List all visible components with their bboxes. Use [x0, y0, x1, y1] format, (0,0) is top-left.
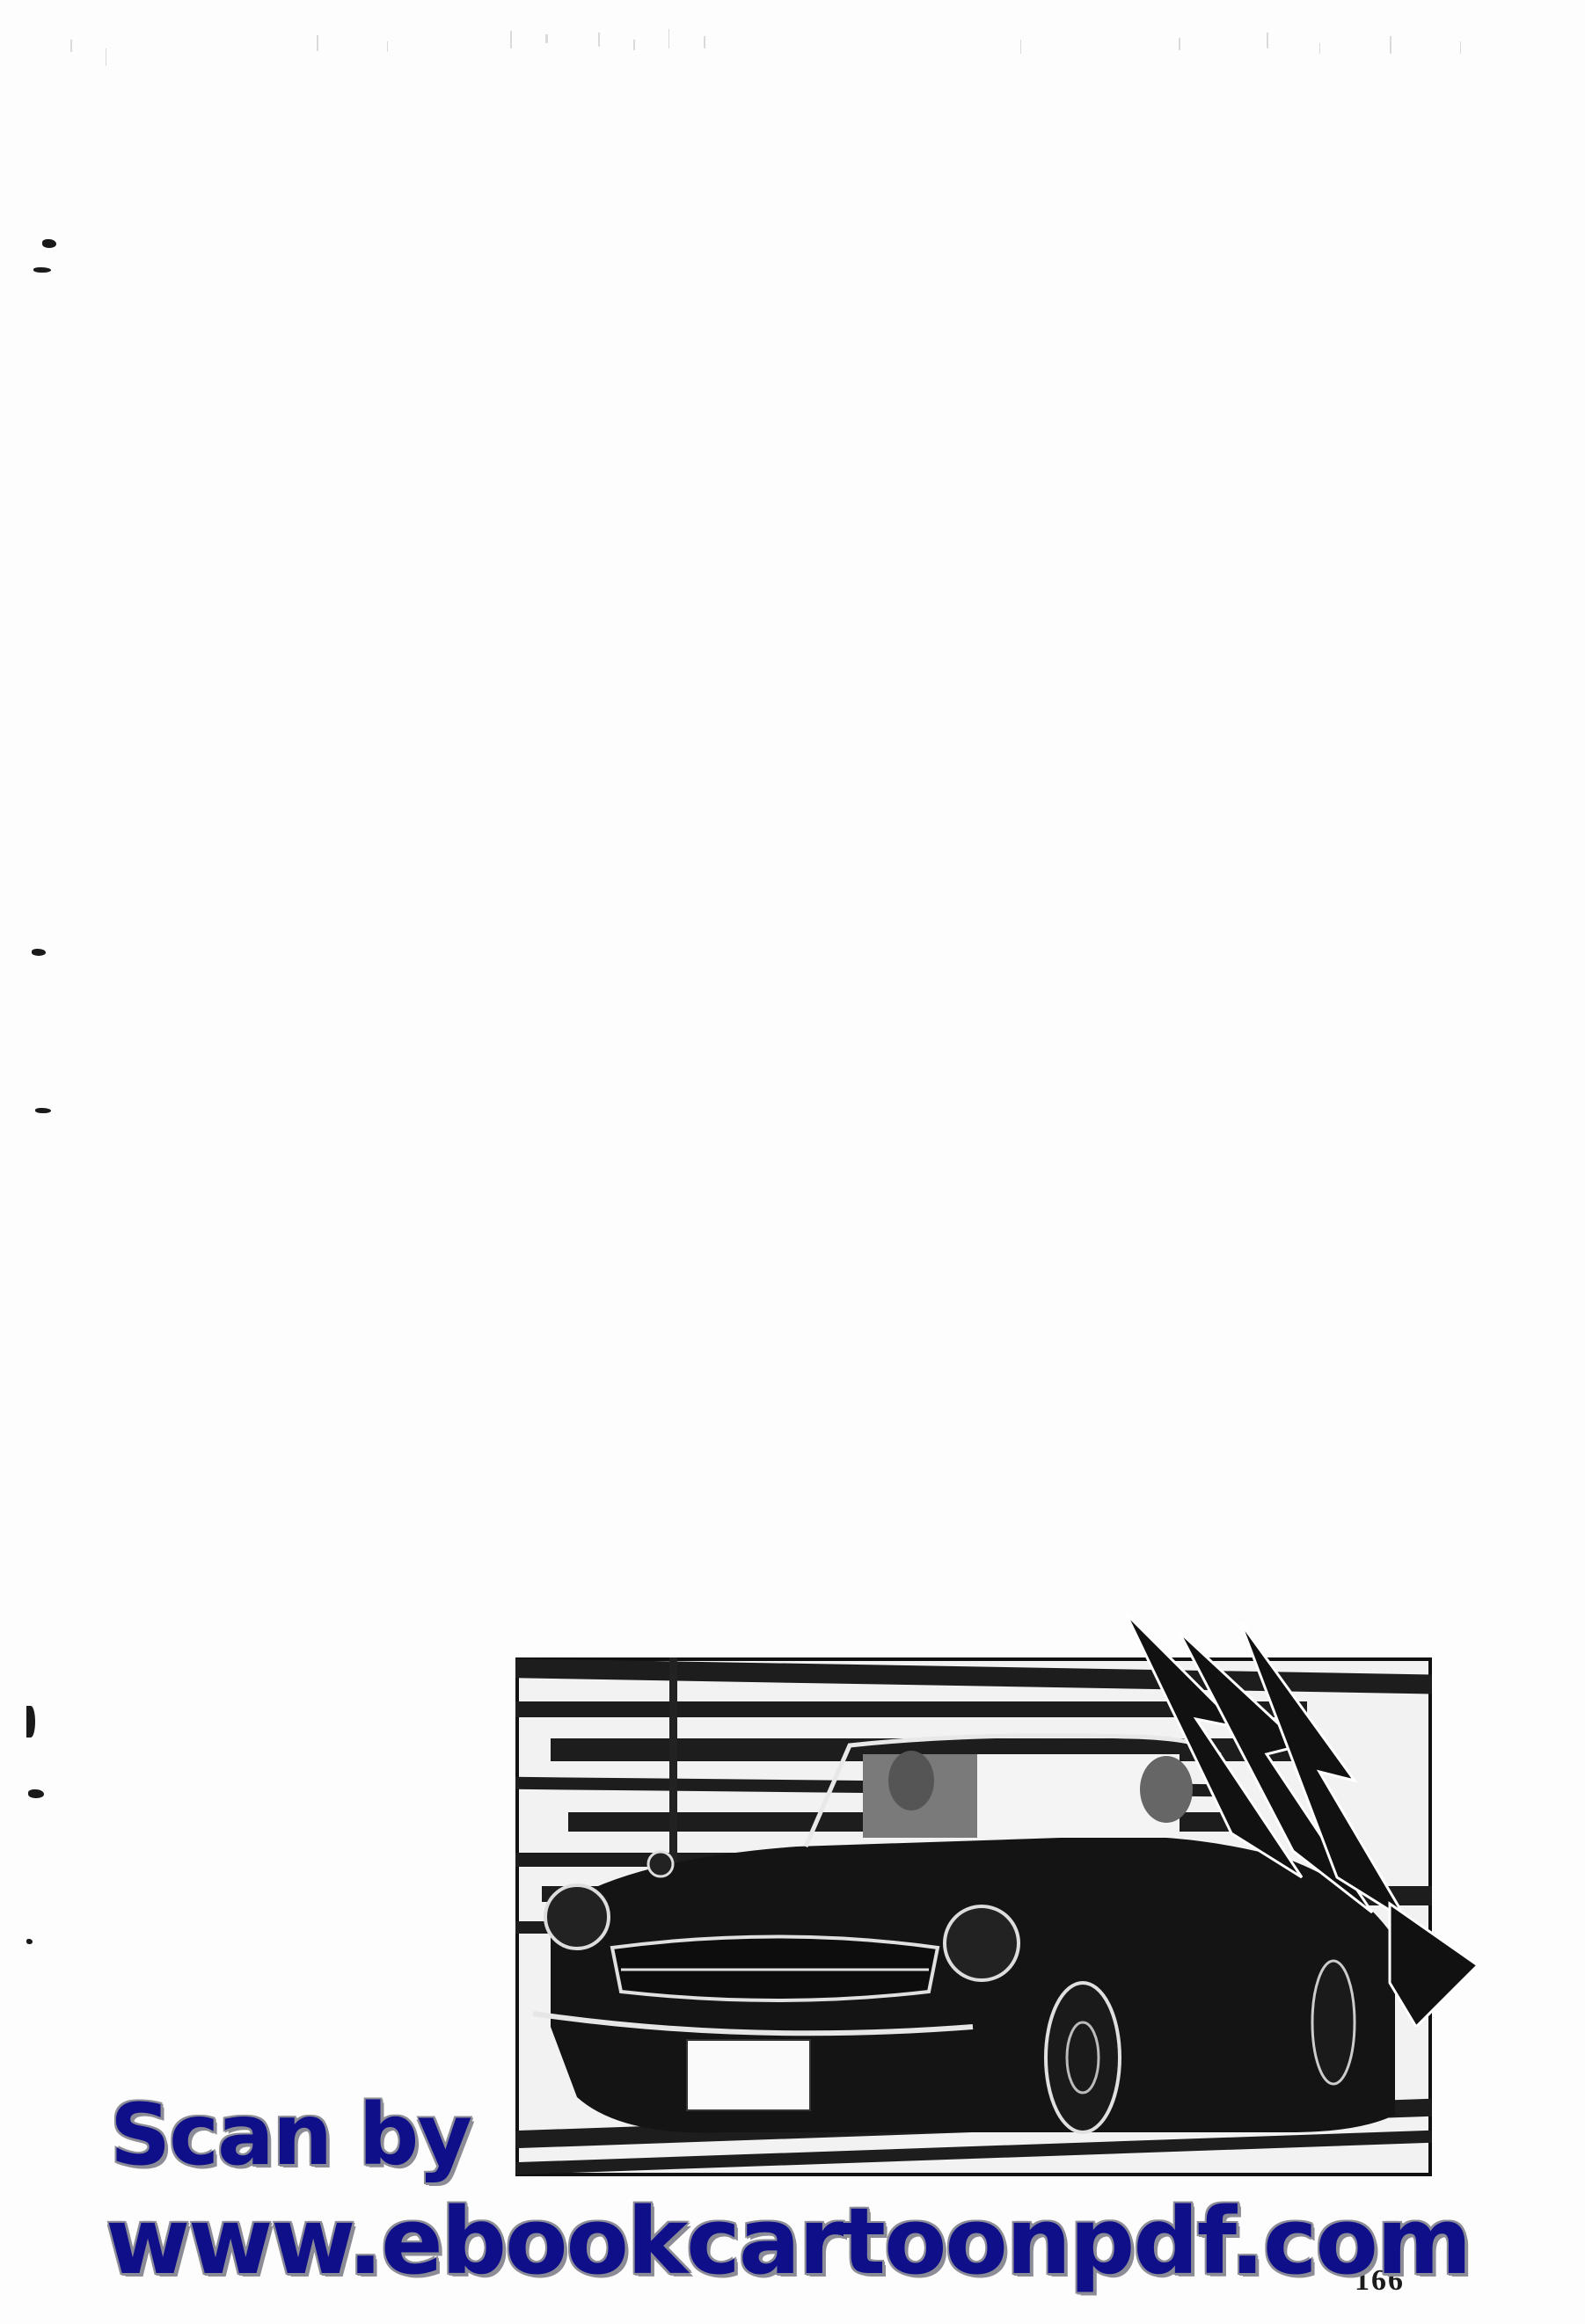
watermark-url: www.ebookcartoonpdf.com: [106, 2188, 1470, 2295]
scanned-page: 166 Scan by www.ebookcartoonpdf.com: [0, 0, 1585, 2324]
scan-bleed-through: [53, 22, 1548, 163]
speed-burst: [1126, 1614, 1495, 2027]
binding-mark: [26, 1939, 33, 1944]
watermark-scan-by: Scan by: [110, 2086, 471, 2184]
binding-mark: [26, 1706, 35, 1738]
binding-mark: [35, 1108, 51, 1113]
binding-mark: [28, 1789, 44, 1798]
binding-mark: [33, 267, 51, 273]
binding-mark: [32, 949, 46, 956]
binding-mark: [42, 239, 56, 248]
